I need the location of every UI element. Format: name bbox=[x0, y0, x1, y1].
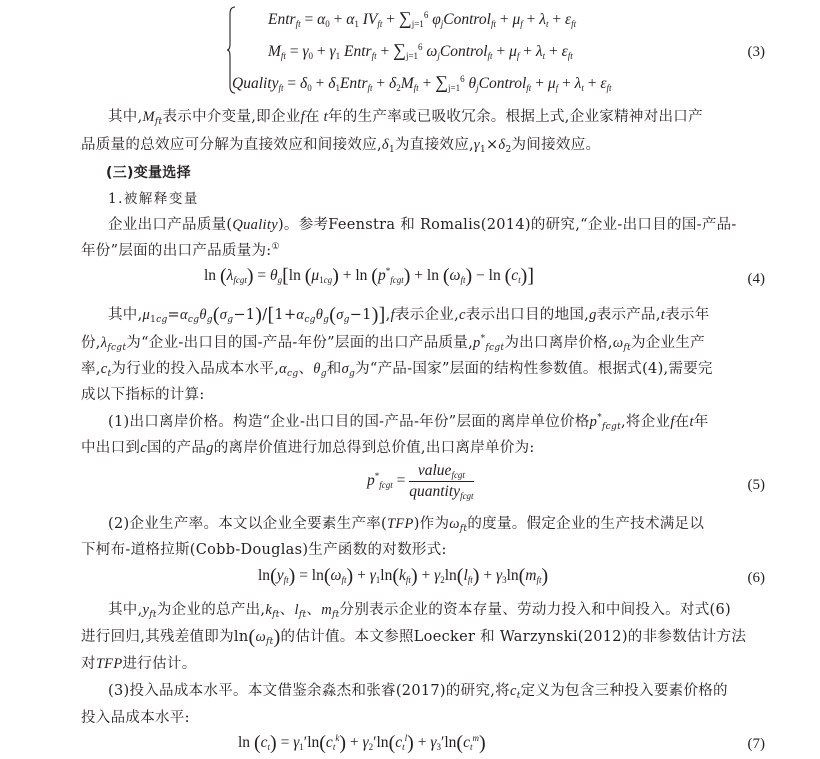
paragraph-quality-line-2: 年份”层面的出口产品质量为:① bbox=[81, 239, 765, 263]
subsection-heading: 1.被解释变量 bbox=[108, 187, 792, 211]
paragraph-residual-line-1: 其中,yft为企业的总产出,kft、lft、mft分别表示企业的资本存量、劳动力… bbox=[108, 598, 765, 622]
paragraph-price-line-2: 中出口到c国的产品g的离岸价值进行加总得到总价值,出口离岸单价为: bbox=[81, 436, 765, 460]
paragraph-residual-line-2: 进行回归,其残差值即为ln(ωft)的估计值。本文参照Loecker 和 War… bbox=[81, 625, 765, 649]
paragraph-productivity-line-1: (2)企业生产率。本文以企业全要素生产率(TFP)作为ωft的度量。假定企业的生… bbox=[108, 512, 765, 536]
paragraph-mediator-line-2: 品质量的总效应可分解为直接效应和间接效应,δ1为直接效应,γ1×δ2为间接效应。 bbox=[81, 133, 765, 157]
equation-5-number: (5) bbox=[748, 477, 766, 494]
paragraph-productivity-line-2: 下柯布-道格拉斯(Cobb-Douglas)生产函数的对数形式: bbox=[81, 538, 765, 562]
paragraph-mediator-line-1: 其中,Mft表示中介变量,即企业f在 t年的生产率或已吸收冗余。根据上式,企业家… bbox=[108, 105, 765, 129]
section-heading: (三)变量选择 bbox=[106, 161, 790, 185]
equation-4: ln (λfcgt) = θg[ln (μ1cg) + ln (p*fcgt) … bbox=[204, 265, 534, 288]
paragraph-cost-line-2: 投入品成本水平: bbox=[81, 706, 765, 730]
paragraph-quality-line-1: 企业出口产品质量(Quality)。参考Feenstra 和 Romalis(2… bbox=[108, 213, 765, 237]
equation-7-number: (7) bbox=[748, 736, 766, 753]
equation-4-number: (4) bbox=[748, 271, 766, 288]
paragraph-definitions-line-3: 率,ct为行业的投入品成本水平,αcg、θg和σg为“产品-国家”层面的结构性参… bbox=[81, 357, 765, 381]
paragraph-residual-line-3: 对TFP进行估计。 bbox=[81, 652, 765, 676]
paragraph-definitions-line-2: 份,λfcgt为“企业-出口目的国-产品-年份”层面的出口产品质量,p*fcgt… bbox=[81, 331, 765, 355]
equation-6-number: (6) bbox=[748, 570, 766, 587]
equation-3-row-2: Mft = γ0 + γ1 Entrft + ∑j=16 ωjControlft… bbox=[268, 40, 573, 61]
equation-3-row-1: Entrft = α0 + α1 IVft + ∑j=16 φjControlf… bbox=[268, 8, 576, 29]
footnote-marker[interactable]: ① bbox=[272, 242, 280, 252]
paragraph-cost-line-1: (3)投入品成本水平。本文借鉴余淼杰和张睿(2017)的研究,将ct定义为包含三… bbox=[108, 679, 765, 703]
paragraph-price-line-1: (1)出口离岸价格。构造“企业-出口目的国-产品-年份”层面的离岸单位价格p*f… bbox=[108, 410, 765, 434]
paragraph-definitions-line-1: 其中,μ1cg=αcgθg(σg−1)/[1+αcgθg(σg−1)],f表示企… bbox=[108, 303, 765, 327]
equation-3-number: (3) bbox=[748, 44, 766, 61]
equation-7: ln (ct) = γ1′ln(ctk) + γ2′ln(ctl) + γ3′l… bbox=[238, 732, 486, 755]
equation-6: ln(yft) = ln(ωft) + γ1ln(kft) + γ2ln(lft… bbox=[258, 565, 548, 588]
paper-page: Entrft = α0 + α1 IVft + ∑j=16 φjControlf… bbox=[0, 0, 820, 759]
equation-3-row-3: Qualityft = δ0 + δ1Entrft + δ2Mft + ∑j=1… bbox=[232, 72, 611, 93]
fraction: valuefcgt quantityfcgt bbox=[409, 462, 473, 501]
equation-5: p*fcgt = valuefcgt quantityfcgt bbox=[367, 462, 474, 501]
paragraph-definitions-line-4: 成以下指标的计算: bbox=[81, 383, 765, 407]
